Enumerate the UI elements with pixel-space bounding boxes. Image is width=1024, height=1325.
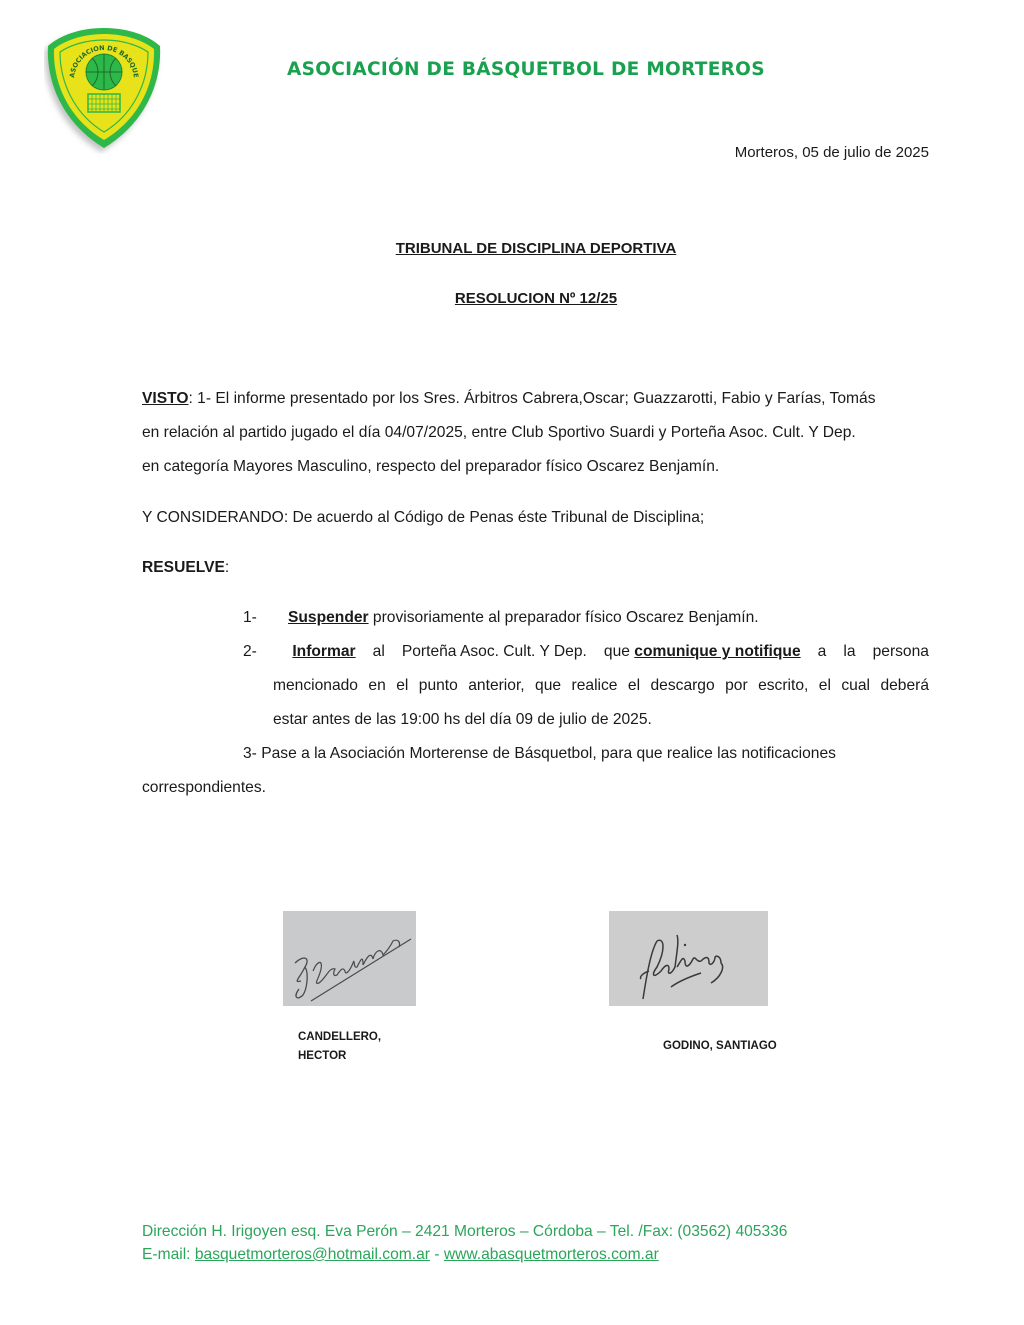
signature-image-candellero [283,911,416,1006]
resolution-item-2: 2- Informar al Porteña Asoc. Cult. Y Dep… [243,635,929,737]
handwritten-signature-icon [283,911,416,1006]
item-number: 1- [243,601,288,635]
organization-title: ASOCIACIÓN DE BÁSQUETBOL DE MORTEROS [287,59,765,80]
association-logo: ASOCIACION DE BASQUETBOL DE MORTEROS [44,24,164,154]
footer-contact: Dirección H. Irigoyen esq. Eva Perón – 2… [142,1220,787,1266]
footer-address: Dirección H. Irigoyen esq. Eva Perón – 2… [142,1220,787,1243]
visto-paragraph: VISTO: 1- El informe presentado por los … [142,382,929,484]
item-2-line-1: 2- Informar al Porteña Asoc. Cult. Y Dep… [243,635,929,669]
resolution-item-1: 1-Suspender provisoriamente al preparado… [243,601,759,635]
signatory-candellero: CANDELLERO, HECTOR [298,1028,381,1066]
item-2-line-3: estar antes de las 19:00 hs del día 09 d… [243,703,929,737]
resuelve-label: RESUELVE: [142,551,229,585]
resolution-number-heading: RESOLUCION Nº 12/25 [0,290,1024,307]
signatory-godino: GODINO, SANTIAGO [663,1037,777,1056]
handwritten-signature-icon [609,911,768,1006]
item-keyword: Informar [292,643,355,660]
item-number: 3- [243,745,257,762]
website-link[interactable]: www.abasquetmorteros.com.ar [444,1246,659,1263]
item-keyword-2: comunique y notifique [634,643,800,660]
visto-line-2: en relación al partido jugado el día 04/… [142,416,929,450]
visto-line-1: VISTO: 1- El informe presentado por los … [142,382,929,416]
email-link[interactable]: basquetmorteros@hotmail.com.ar [195,1246,430,1263]
visto-label: VISTO [142,390,189,407]
item-keyword: Suspender [288,609,369,626]
document-date: Morteros, 05 de julio de 2025 [735,144,929,161]
shield-logo-icon: ASOCIACION DE BASQUETBOL DE MORTEROS [44,24,164,154]
resolution-item-3: 3- Pase a la Asociación Morterense de Bá… [243,737,836,771]
item-2-line-2: mencionado en el punto anterior, que rea… [243,669,929,703]
visto-line-3: en categoría Mayores Masculino, respecto… [142,450,929,484]
tribunal-heading: TRIBUNAL DE DISCIPLINA DEPORTIVA [0,240,1024,257]
item-number: 2- [243,635,288,669]
signature-image-godino [609,911,768,1006]
resolution-item-3-continuation: correspondientes. [142,771,266,805]
considerando-paragraph: Y CONSIDERANDO: De acuerdo al Código de … [142,501,704,535]
footer-links: E-mail: basquetmorteros@hotmail.com.ar -… [142,1243,787,1266]
